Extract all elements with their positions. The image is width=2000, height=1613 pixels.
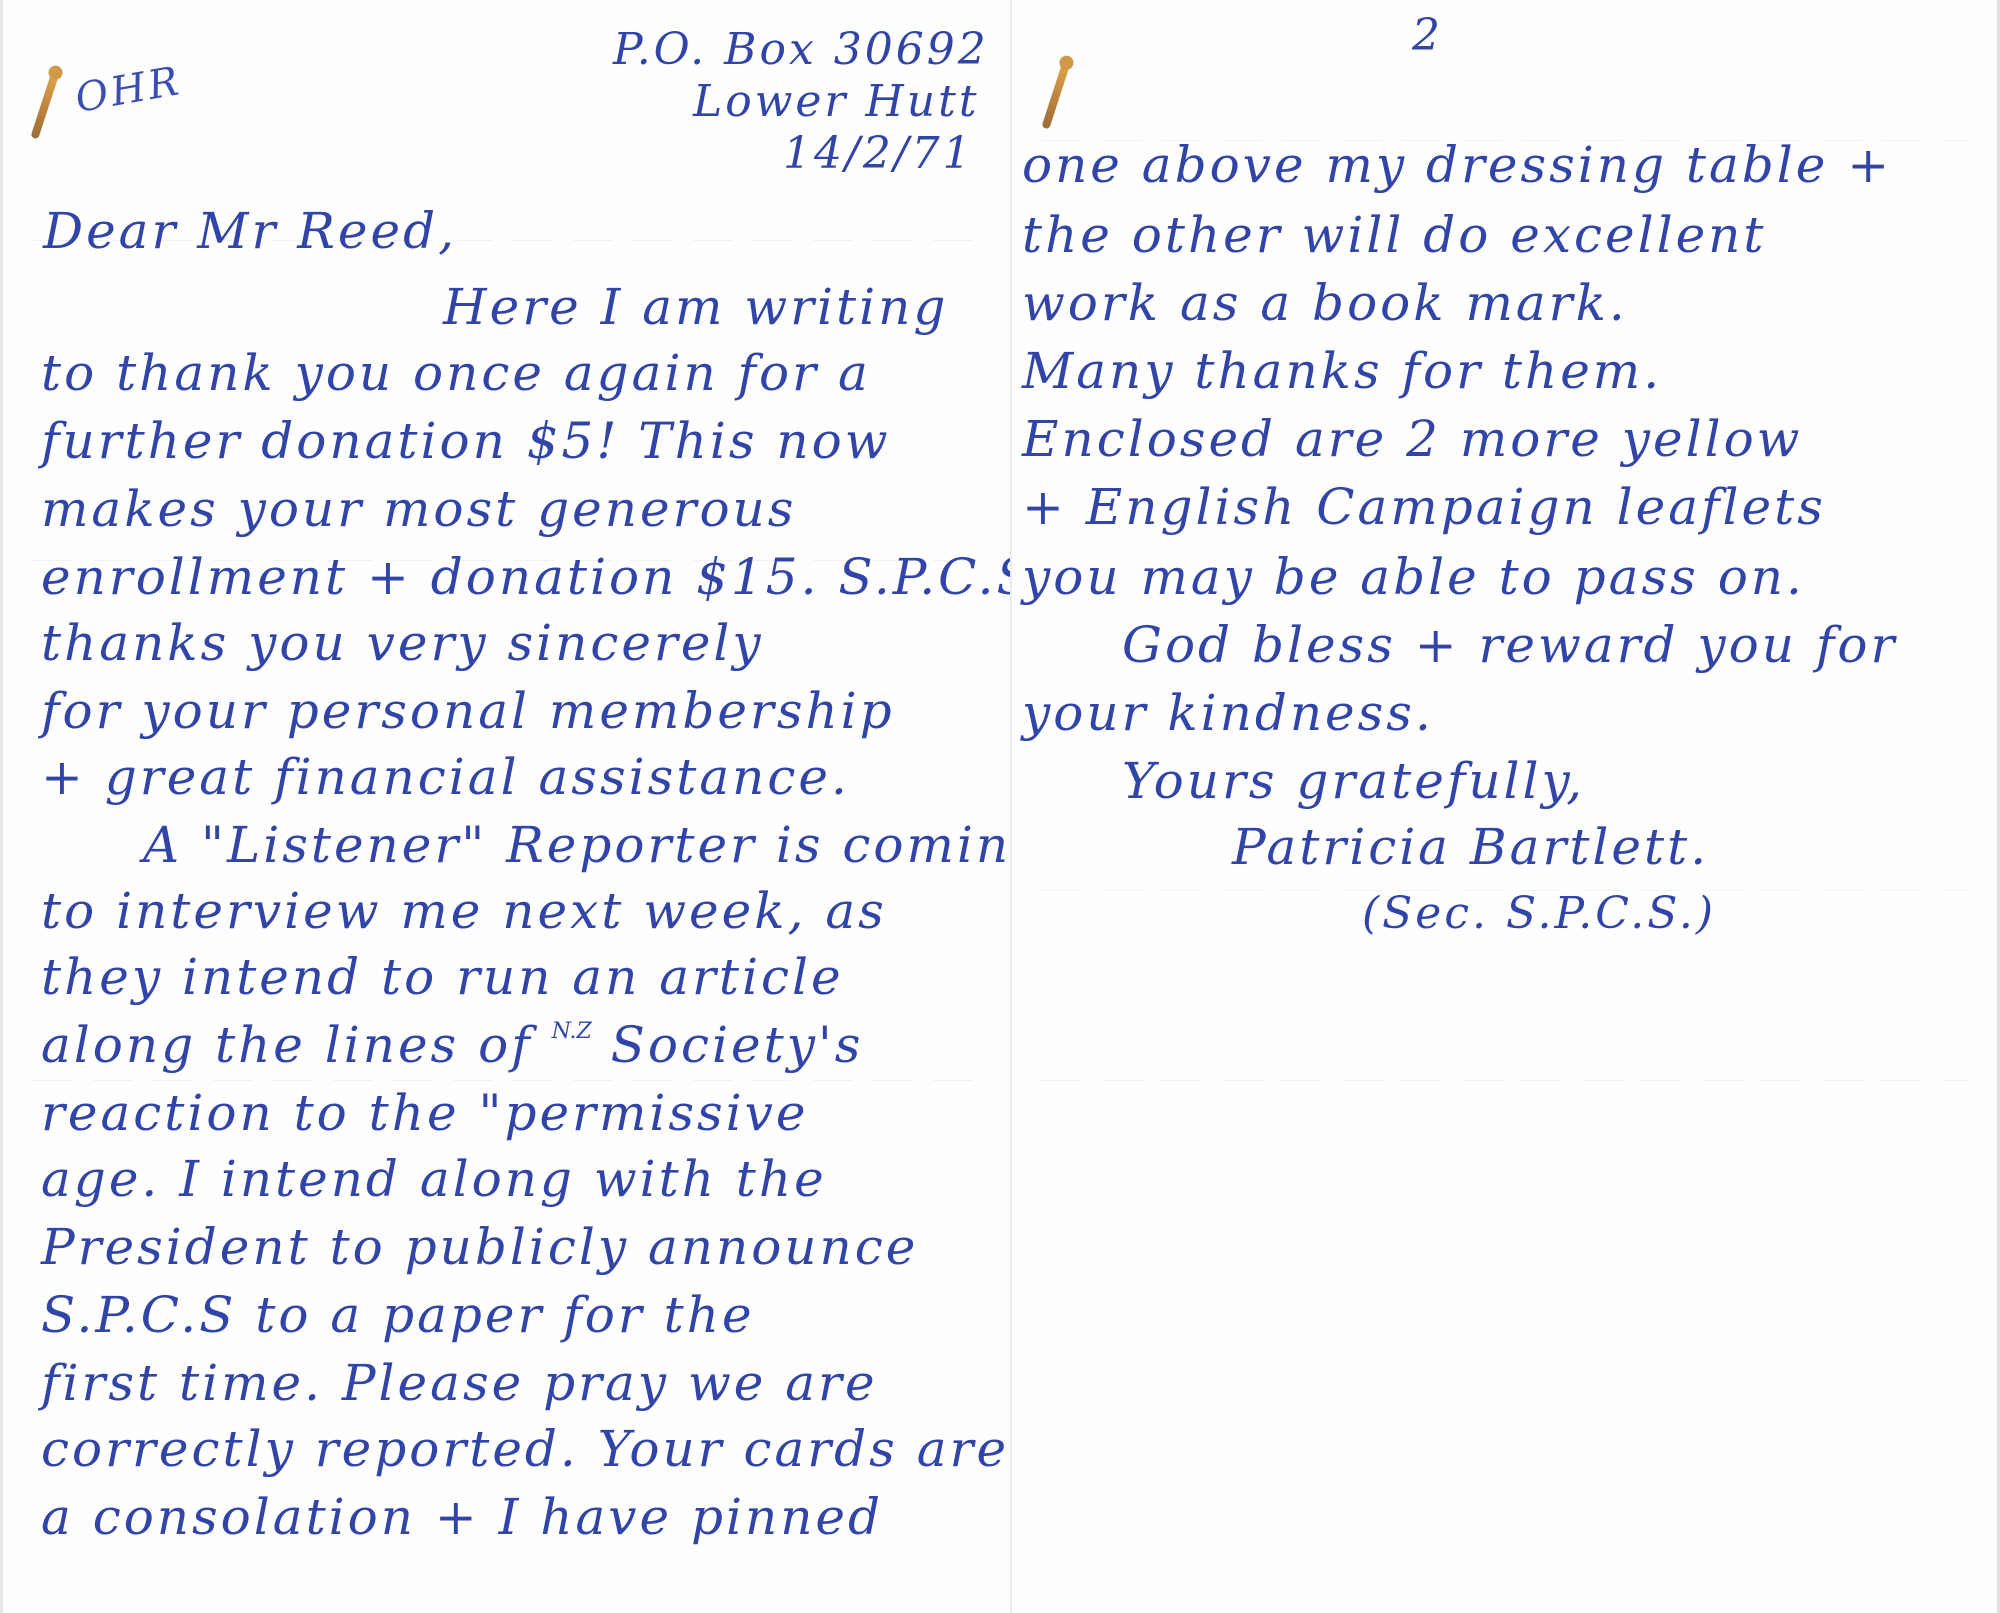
rust-pin-mark-icon — [30, 70, 59, 139]
body-line: Enclosed are 2 more yellow — [1022, 414, 1802, 464]
body-line: + great financial assistance. — [41, 752, 850, 802]
body-line: thanks you very sincerely — [41, 618, 764, 668]
body-line-text: Society's — [611, 1016, 864, 1074]
signature-name: Patricia Bartlett. — [1232, 818, 1709, 876]
body-line: for your personal membership — [41, 686, 895, 736]
corner-annotation: OHR — [72, 61, 184, 119]
letter-date: 14/2/71 — [783, 132, 974, 176]
rust-pin-mark-icon — [1041, 60, 1070, 129]
salutation: Dear Mr Reed, — [43, 206, 457, 256]
body-line: a consolation + I have pinned — [41, 1492, 883, 1542]
body-line: they intend to run an article — [41, 952, 844, 1002]
body-line: God bless + reward you for — [1122, 620, 1897, 670]
body-line: your kindness. — [1022, 688, 1434, 738]
body-line: the other will do excellent — [1022, 210, 1766, 260]
body-line: first time. Please pray we are — [41, 1358, 878, 1408]
body-line: + English Campaign leaflets — [1022, 482, 1826, 532]
body-line: Here I am writing — [443, 282, 948, 332]
signature: Patricia Bartlett. — [1232, 822, 1709, 872]
body-line: to interview me next week, as — [41, 886, 887, 936]
body-line: reaction to the "permissive — [41, 1088, 809, 1138]
ruled-line — [33, 1080, 980, 1081]
body-line: one above my dressing table + — [1022, 140, 1892, 190]
letter-page-1: OHR P.O. Box 30692 Lower Hutt 14/2/71 De… — [0, 0, 1010, 1613]
body-line: age. I intend along with the — [41, 1154, 827, 1204]
address-city: Lower Hutt — [693, 80, 980, 124]
body-line: correctly reported. Your cards are — [41, 1424, 1009, 1474]
page-number: 2 — [1412, 14, 1443, 58]
letter-page-2: 2 one above my dressing table + the othe… — [1010, 0, 2000, 1613]
body-line: S.P.C.S to a paper for the — [41, 1290, 755, 1340]
body-line-text: along the lines of — [41, 1016, 533, 1074]
address-po-box: P.O. Box 30692 — [613, 28, 989, 72]
inserted-superscript: N.Z — [552, 1019, 592, 1044]
body-line: to thank you once again for a — [41, 348, 871, 398]
body-line: you may be able to pass on. — [1022, 552, 1805, 602]
closing: Yours gratefully, — [1122, 756, 1585, 806]
body-line: work as a book mark. — [1022, 278, 1628, 328]
body-line: makes your most generous — [41, 484, 796, 534]
body-line: enrollment + donation $15. S.P.C.S — [41, 552, 1010, 602]
body-line: along the lines of N.Z Society's — [41, 1020, 863, 1070]
body-line: President to publicly announce — [41, 1222, 918, 1272]
signatory-title: (Sec. S.P.C.S.) — [1362, 892, 1716, 936]
body-line: A "Listener" Reporter is coming — [143, 820, 1010, 870]
ruled-line — [1042, 1080, 1967, 1081]
body-line: Many thanks for them. — [1022, 346, 1662, 396]
body-line: further donation $5! This now — [41, 416, 891, 466]
